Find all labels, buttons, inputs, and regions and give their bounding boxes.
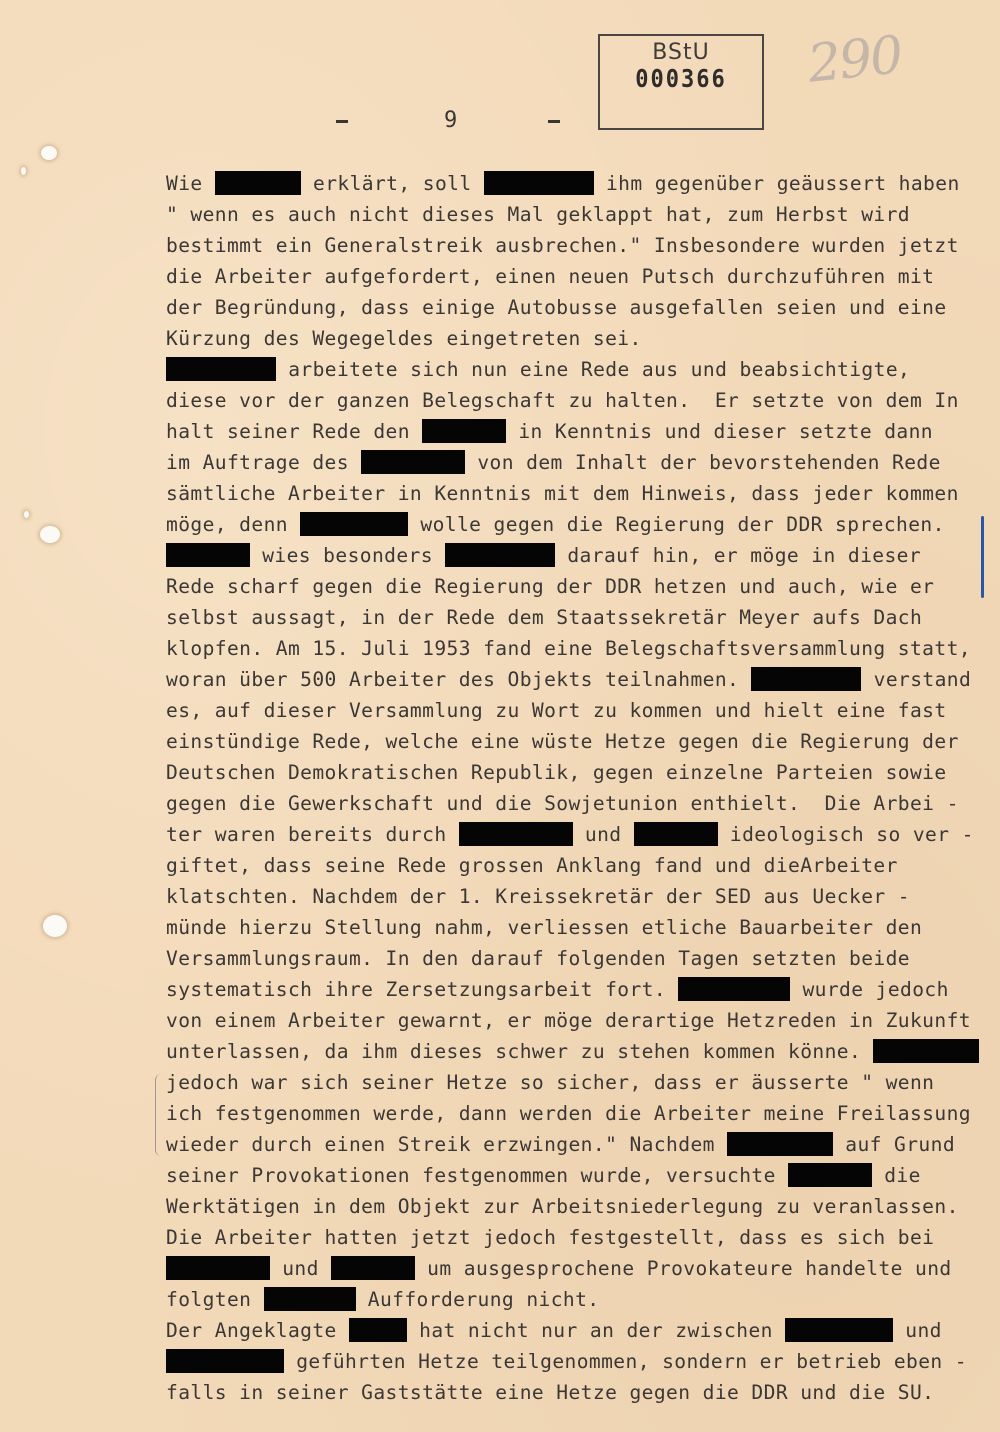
text-line: Der Angeklagte hat nicht nur an der zwis… xyxy=(166,1315,1000,1346)
text-line: seiner Provokationen festgenommen wurde,… xyxy=(166,1160,1000,1191)
text-segment: Deutschen Demokratischen Republik, gegen… xyxy=(166,761,947,784)
text-segment: die xyxy=(872,1164,921,1187)
text-segment: und xyxy=(573,823,634,846)
text-line: und um ausgesprochene Provokateure hande… xyxy=(166,1253,1000,1284)
text-segment: um ausgesprochene Provokateure handelte … xyxy=(415,1257,952,1280)
text-segment: selbst aussagt, in der Rede dem Staatsse… xyxy=(166,606,922,629)
text-line: Rede scharf gegen die Regierung der DDR … xyxy=(166,571,1000,602)
text-segment: unterlassen, da ihm dieses schwer zu ste… xyxy=(166,1040,873,1063)
redaction-bar xyxy=(331,1256,415,1280)
text-line: gegen die Gewerkschaft und die Sowjetuni… xyxy=(166,788,1000,819)
text-segment: Werktätigen in dem Objekt zur Arbeitsnie… xyxy=(166,1195,959,1218)
text-line: folgten Aufforderung nicht. xyxy=(166,1284,1000,1315)
text-line: unterlassen, da ihm dieses schwer zu ste… xyxy=(166,1036,1000,1067)
text-segment: von dem Inhalt der bevorstehenden Rede xyxy=(465,451,941,474)
text-line: Wie erklärt, soll ihm gegenüber geäusser… xyxy=(166,168,1000,199)
dash-right xyxy=(548,120,560,123)
text-line: Versammlungsraum. In den darauf folgende… xyxy=(166,943,1000,974)
text-segment: wies besonders xyxy=(250,544,445,567)
text-line: es, auf dieser Versammlung zu Wort zu ko… xyxy=(166,695,1000,726)
text-line: systematisch ihre Zersetzungsarbeit fort… xyxy=(166,974,1000,1005)
text-segment: in Kenntnis und dieser setzte dann xyxy=(506,420,933,443)
text-segment: klatschten. Nachdem der 1. Kreissekretär… xyxy=(166,885,910,908)
text-segment: darauf hin, er möge in dieser xyxy=(555,544,921,567)
text-line: ter waren bereits durch und ideologisch … xyxy=(166,819,1000,850)
text-line: Die Arbeiter hatten jetzt jedoch festges… xyxy=(166,1222,1000,1253)
text-line: einstündige Rede, welche eine wüste Hetz… xyxy=(166,726,1000,757)
redaction-bar xyxy=(751,667,861,691)
text-segment: gegen die Gewerkschaft und die Sowjetuni… xyxy=(166,792,959,815)
text-segment: klopfen. Am 15. Juli 1953 fand eine Bele… xyxy=(166,637,971,660)
text-segment: die Arbeiter aufgefordert, einen neuen P… xyxy=(166,265,934,288)
text-line: wieder durch einen Streik erzwingen." Na… xyxy=(166,1129,1000,1160)
redaction-bar xyxy=(422,419,506,443)
redaction-bar xyxy=(166,1256,270,1280)
page-number-value: 9 xyxy=(444,108,457,133)
text-segment: einstündige Rede, welche eine wüste Hetz… xyxy=(166,730,959,753)
text-segment: wurde jedoch xyxy=(790,978,949,1001)
text-line: von einem Arbeiter gewarnt, er möge dera… xyxy=(166,1005,1000,1036)
text-line: der Begründung, dass einige Autobusse au… xyxy=(166,292,1000,323)
text-segment: wieder durch einen Streik erzwingen." Na… xyxy=(166,1133,727,1156)
archive-stamp: BStU 000366 xyxy=(598,34,764,130)
text-segment: ihm gegenüber geäussert haben xyxy=(594,172,960,195)
text-segment: und xyxy=(270,1257,331,1280)
punch-hole-middle-small xyxy=(24,511,29,518)
redaction-bar xyxy=(727,1132,833,1156)
redaction-bar xyxy=(445,543,555,567)
text-segment: wolle gegen die Regierung der DDR sprech… xyxy=(408,513,945,536)
text-line: geführten Hetze teilgenommen, sondern er… xyxy=(166,1346,1000,1377)
text-line: jedoch war sich seiner Hetze so sicher, … xyxy=(166,1067,1000,1098)
text-line: die Arbeiter aufgefordert, einen neuen P… xyxy=(166,261,1000,292)
text-segment: giftet, dass seine Rede grossen Anklang … xyxy=(166,854,898,877)
text-line: münde hierzu Stellung nahm, verliessen e… xyxy=(166,912,1000,943)
handwritten-archive-number: 290 xyxy=(805,25,904,94)
redaction-bar xyxy=(166,357,276,381)
text-segment: diese vor der ganzen Belegschaft zu halt… xyxy=(166,389,959,412)
redaction-bar xyxy=(166,543,250,567)
stamp-number: 000366 xyxy=(600,65,762,94)
text-line: diese vor der ganzen Belegschaft zu halt… xyxy=(166,385,1000,416)
redaction-bar xyxy=(349,1318,407,1342)
text-segment: ideologisch so ver - xyxy=(718,823,974,846)
text-segment: Der Angeklagte xyxy=(166,1319,349,1342)
page-number: 9 xyxy=(330,106,570,136)
document-page: 290 BStU 000366 9 Wie erklärt, soll ihm … xyxy=(0,0,1000,1432)
text-segment: hat nicht nur an der zwischen xyxy=(407,1319,785,1342)
text-segment: von einem Arbeiter gewarnt, er möge dera… xyxy=(166,1009,971,1032)
text-line: falls in seiner Gaststätte eine Hetze ge… xyxy=(166,1377,1000,1408)
text-line: woran über 500 Arbeiter des Objekts teil… xyxy=(166,664,1000,695)
redaction-bar xyxy=(678,977,790,1001)
text-line: selbst aussagt, in der Rede dem Staatsse… xyxy=(166,602,1000,633)
text-line: Werktätigen in dem Objekt zur Arbeitsnie… xyxy=(166,1191,1000,1222)
text-segment: Versammlungsraum. In den darauf folgende… xyxy=(166,947,910,970)
text-segment: jedoch war sich seiner Hetze so sicher, … xyxy=(166,1071,934,1094)
redaction-bar xyxy=(785,1318,893,1342)
text-segment: es, auf dieser Versammlung zu Wort zu ko… xyxy=(166,699,947,722)
text-line: ich festgenommen werde, dann werden die … xyxy=(166,1098,1000,1129)
text-line: klopfen. Am 15. Juli 1953 fand eine Bele… xyxy=(166,633,1000,664)
text-segment: ter waren bereits durch xyxy=(166,823,459,846)
text-segment: Kürzung des Wegegeldes eingetreten sei. xyxy=(166,327,642,350)
text-line: halt seiner Rede den in Kenntnis und die… xyxy=(166,416,1000,447)
redaction-bar xyxy=(264,1287,356,1311)
text-segment: Rede scharf gegen die Regierung der DDR … xyxy=(166,575,934,598)
typewritten-body: Wie erklärt, soll ihm gegenüber geäusser… xyxy=(166,168,1000,1408)
text-segment: arbeitete sich nun eine Rede aus und bea… xyxy=(276,358,910,381)
text-segment: im Auftrage des xyxy=(166,451,361,474)
text-line: sämtliche Arbeiter in Kenntnis mit dem H… xyxy=(166,478,1000,509)
punch-hole-top-small xyxy=(21,167,26,175)
redaction-bar xyxy=(300,512,408,536)
text-line: im Auftrage des von dem Inhalt der bevor… xyxy=(166,447,1000,478)
text-line: giftet, dass seine Rede grossen Anklang … xyxy=(166,850,1000,881)
text-segment: seiner Provokationen festgenommen wurde,… xyxy=(166,1164,788,1187)
text-line: wies besonders darauf hin, er möge in di… xyxy=(166,540,1000,571)
redaction-bar xyxy=(361,450,465,474)
text-line: " wenn es auch nicht dieses Mal geklappt… xyxy=(166,199,1000,230)
text-line: Kürzung des Wegegeldes eingetreten sei. xyxy=(166,323,1000,354)
stamp-organization: BStU xyxy=(600,40,762,65)
text-segment: Wie xyxy=(166,172,215,195)
text-segment: halt seiner Rede den xyxy=(166,420,422,443)
pencil-margin-bracket xyxy=(155,1074,164,1156)
text-segment: Die Arbeiter hatten jetzt jedoch festges… xyxy=(166,1226,934,1249)
text-segment: geführten Hetze teilgenommen, sondern er… xyxy=(284,1350,967,1373)
text-segment: auf Grund xyxy=(833,1133,955,1156)
redaction-bar xyxy=(459,822,573,846)
text-segment: " wenn es auch nicht dieses Mal geklappt… xyxy=(166,203,910,226)
punch-hole-middle xyxy=(40,526,60,543)
text-segment: münde hierzu Stellung nahm, verliessen e… xyxy=(166,916,922,939)
text-line: arbeitete sich nun eine Rede aus und bea… xyxy=(166,354,1000,385)
blue-margin-mark xyxy=(981,516,984,598)
redaction-bar xyxy=(788,1163,872,1187)
redaction-bar xyxy=(873,1039,979,1063)
text-segment: der Begründung, dass einige Autobusse au… xyxy=(166,296,947,319)
text-segment: erklärt, soll xyxy=(301,172,484,195)
text-segment: ich festgenommen werde, dann werden die … xyxy=(166,1102,971,1125)
redaction-bar xyxy=(166,1349,284,1373)
text-segment: woran über 500 Arbeiter des Objekts teil… xyxy=(166,668,751,691)
text-segment: bestimmt ein Generalstreik ausbrechen." … xyxy=(166,234,959,257)
text-segment: sämtliche Arbeiter in Kenntnis mit dem H… xyxy=(166,482,959,505)
text-segment: falls in seiner Gaststätte eine Hetze ge… xyxy=(166,1381,934,1404)
dash-left xyxy=(336,120,348,123)
redaction-bar xyxy=(484,171,594,195)
text-segment: verstand xyxy=(861,668,971,691)
text-line: Deutschen Demokratischen Republik, gegen… xyxy=(166,757,1000,788)
text-line: klatschten. Nachdem der 1. Kreissekretär… xyxy=(166,881,1000,912)
text-segment: Aufforderung nicht. xyxy=(356,1288,600,1311)
text-segment: und xyxy=(893,1319,942,1342)
punch-hole-top xyxy=(41,146,57,160)
text-line: bestimmt ein Generalstreik ausbrechen." … xyxy=(166,230,1000,261)
punch-hole-bottom xyxy=(43,915,67,937)
text-segment: folgten xyxy=(166,1288,264,1311)
text-line: möge, denn wolle gegen die Regierung der… xyxy=(166,509,1000,540)
text-segment: möge, denn xyxy=(166,513,300,536)
redaction-bar xyxy=(634,822,718,846)
text-segment: systematisch ihre Zersetzungsarbeit fort… xyxy=(166,978,678,1001)
redaction-bar xyxy=(215,171,301,195)
